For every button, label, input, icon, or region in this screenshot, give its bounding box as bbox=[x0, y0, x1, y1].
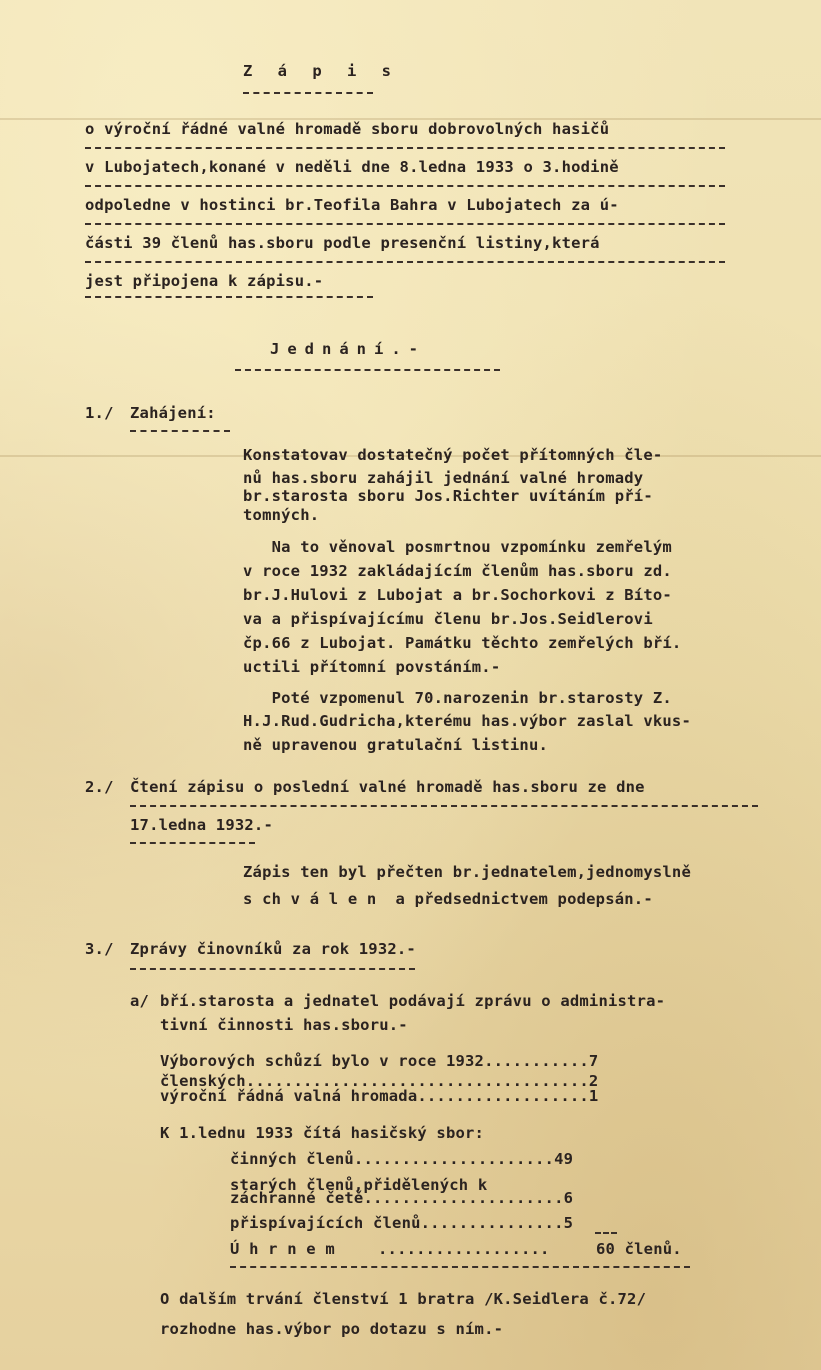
text-line: ně upravenou gratulační listinu. bbox=[243, 736, 548, 754]
text-line: br.starosta sboru Jos.Richter uvítáním p… bbox=[243, 487, 653, 505]
leader-row: Výborových schůzí bylo v roce 1932......… bbox=[160, 1052, 598, 1070]
underline bbox=[85, 261, 725, 263]
text-line: uctili přítomní povstáním.- bbox=[243, 658, 500, 676]
text-line: Na to věnoval posmrtnou vzpomínku zemřel… bbox=[243, 538, 672, 556]
intro-line: jest připojena k zápisu.- bbox=[85, 272, 323, 290]
text-line: s ch v á l e n a předsednictvem podepsán… bbox=[243, 890, 653, 908]
text-line: tivní činnosti has.sboru.- bbox=[160, 1016, 408, 1034]
underline bbox=[130, 430, 230, 432]
section-underline bbox=[235, 369, 500, 371]
text-line: br.J.Hulovi z Lubojat a br.Sochorkovi z … bbox=[243, 586, 672, 604]
text-line: nů has.sboru zahájil jednání valné hroma… bbox=[243, 469, 643, 487]
item-heading: Zprávy činovníků za rok 1932.- bbox=[130, 940, 416, 958]
total-dots: .................. bbox=[378, 1240, 550, 1258]
underline bbox=[130, 968, 415, 970]
text-line: rozhodne has.výbor po dotazu s ním.- bbox=[160, 1320, 503, 1338]
text-line: bří.starosta a jednatel podávají zprávu … bbox=[160, 992, 665, 1010]
document-title: Z á p i s bbox=[243, 62, 399, 80]
underline bbox=[85, 147, 725, 149]
underline bbox=[85, 185, 725, 187]
underline bbox=[85, 223, 725, 225]
text-line: H.J.Rud.Gudricha,kterému has.výbor zasla… bbox=[243, 712, 691, 730]
text-line: Zápis ten byl přečten br.jednatelem,jedn… bbox=[243, 863, 691, 881]
total-value: 60 členů. bbox=[596, 1240, 682, 1258]
text-line: čp.66 z Lubojat. Památku těchto zemřelýc… bbox=[243, 634, 681, 652]
total-label: Ú h r n e m bbox=[230, 1240, 335, 1258]
item-heading: Zahájení: bbox=[130, 404, 216, 422]
text-line: tomných. bbox=[243, 506, 319, 524]
underline bbox=[130, 805, 758, 807]
underline bbox=[85, 296, 373, 298]
underline bbox=[130, 842, 255, 844]
total-underline bbox=[230, 1266, 690, 1268]
title-underline bbox=[243, 92, 373, 94]
text-line: v roce 1932 zakládajícím členům has.sbor… bbox=[243, 562, 672, 580]
text-line: va a přispívajícímu členu br.Jos.Seidler… bbox=[243, 610, 653, 628]
sum-rule bbox=[595, 1232, 617, 1234]
intro-line: v Lubojatech,konané v neděli dne 8.ledna… bbox=[85, 158, 619, 176]
intro-line: odpoledne v hostinci br.Teofila Bahra v … bbox=[85, 196, 619, 214]
leader-row: záchranné četě.....................6 bbox=[230, 1189, 573, 1207]
text-line: Poté vzpomenul 70.narozenin br.starosty … bbox=[243, 689, 672, 707]
leader-row: výroční řádná valná hromada.............… bbox=[160, 1087, 598, 1105]
text-line: Konstatovav dostatečný počet přítomných … bbox=[243, 446, 662, 464]
item-number: 3./ bbox=[85, 940, 114, 958]
item-heading: Čtení zápisu o poslední valné hromadě ha… bbox=[130, 778, 645, 796]
intro-line: o výroční řádné valné hromadě sboru dobr… bbox=[85, 120, 609, 138]
item-number: 1./ bbox=[85, 404, 114, 422]
text-line: O dalším trvání členství 1 bratra /K.Sei… bbox=[160, 1290, 646, 1308]
section-heading: Jednání.- bbox=[270, 340, 426, 358]
leader-row: přispívajících členů...............5 bbox=[230, 1214, 573, 1232]
intro-line: části 39 členů has.sboru podle presenční… bbox=[85, 234, 600, 252]
leader-row: činných členů.....................49 bbox=[230, 1150, 573, 1168]
item-heading: 17.ledna 1932.- bbox=[130, 816, 273, 834]
membership-intro: K 1.lednu 1933 čítá hasičský sbor: bbox=[160, 1124, 484, 1142]
sub-label: a/ bbox=[130, 992, 149, 1010]
item-number: 2./ bbox=[85, 778, 114, 796]
